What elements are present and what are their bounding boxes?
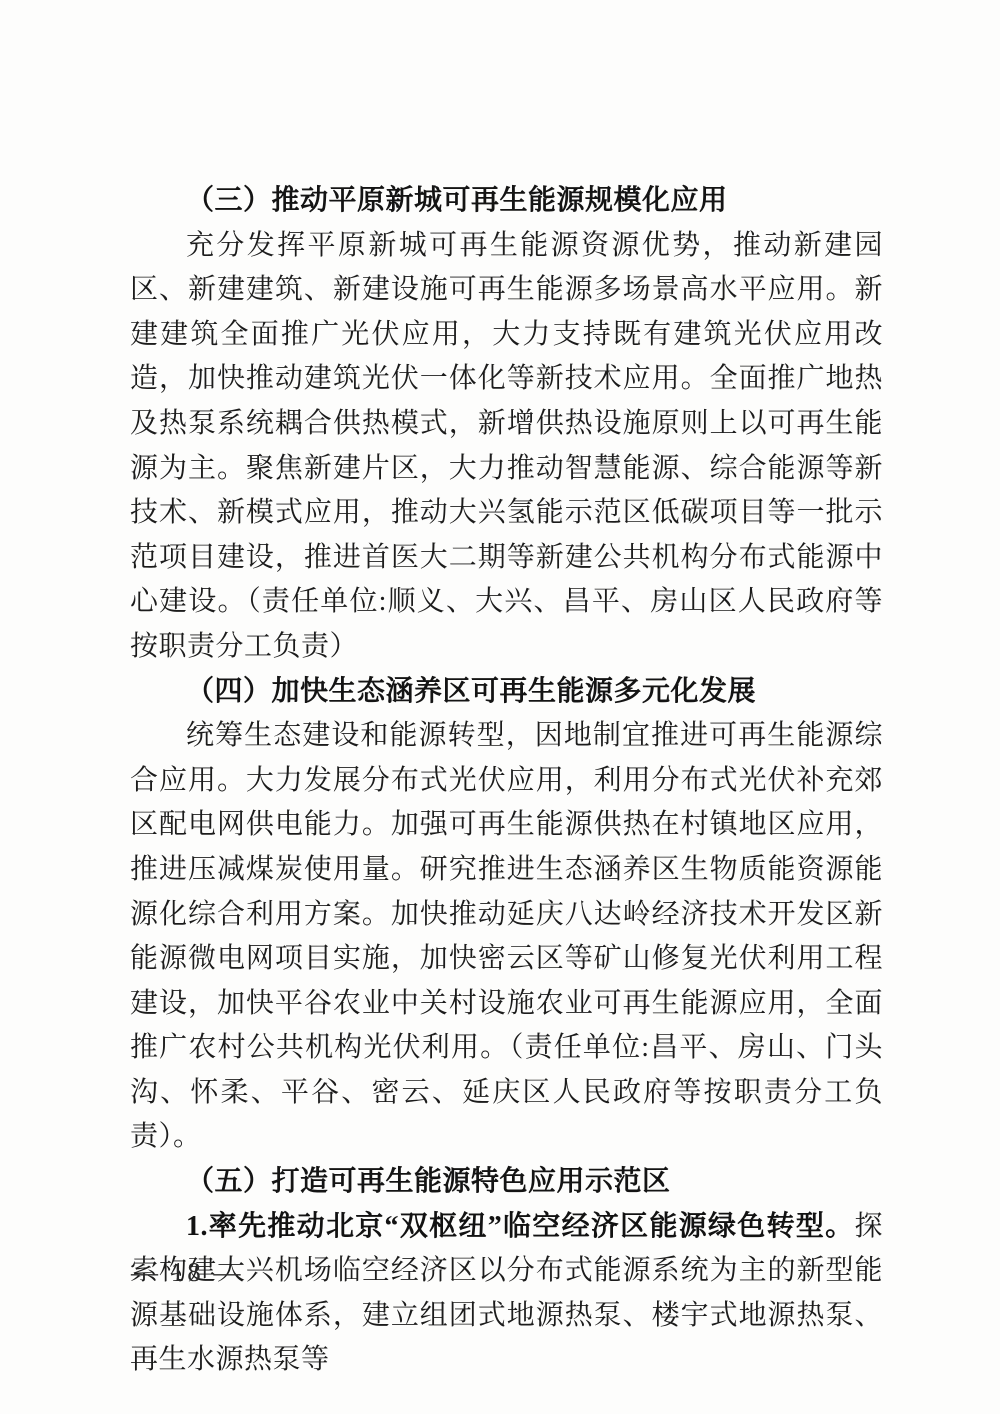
text-run: 统筹生态建设和能源转型，因地制宜推进可再生能源综合应用。大力发展分布式光伏应用，…: [130, 720, 883, 1063]
section-heading: （三）推动平原新城可再生能源规模化应用: [130, 179, 883, 224]
body-paragraph: 1.率先推动北京“双枢纽”临空经济区能源绿色转型。探索构建大兴机场临空经济区以分…: [130, 1205, 883, 1383]
body-paragraph: 充分发挥平原新城可再生能源资源优势，推动新建园区、新建建筑、新建设施可再生能源多…: [130, 224, 883, 670]
text-run: （四）加快生态涵养区可再生能源多元化发展: [186, 676, 756, 707]
section-heading: （五）打造可再生能源特色应用示范区: [130, 1160, 883, 1205]
text-run: （五）打造可再生能源特色应用示范区: [186, 1166, 671, 1197]
section-heading: （四）加快生态涵养区可再生能源多元化发展: [130, 670, 883, 715]
text-run: 。: [173, 1121, 202, 1152]
text-run: 充分发挥平原新城可再生能源资源优势，推动新建园区、新建建筑、新建设施可再生能源多…: [130, 230, 883, 618]
text-run: （三）推动平原新城可再生能源规模化应用: [186, 185, 728, 216]
bold-lead-run: 1.率先推动北京“双枢纽”临空经济区能源绿色转型。: [186, 1211, 854, 1242]
page-content: （三）推动平原新城可再生能源规模化应用充分发挥平原新城可再生能源资源优势，推动新…: [130, 179, 883, 1383]
page-number: — 18 —: [131, 1256, 244, 1288]
body-paragraph: 统筹生态建设和能源转型，因地制宜推进可再生能源综合应用。大力发展分布式光伏应用，…: [130, 714, 883, 1160]
document-page: （三）推动平原新城可再生能源规模化应用充分发挥平原新城可再生能源资源优势，推动新…: [0, 0, 1000, 1414]
